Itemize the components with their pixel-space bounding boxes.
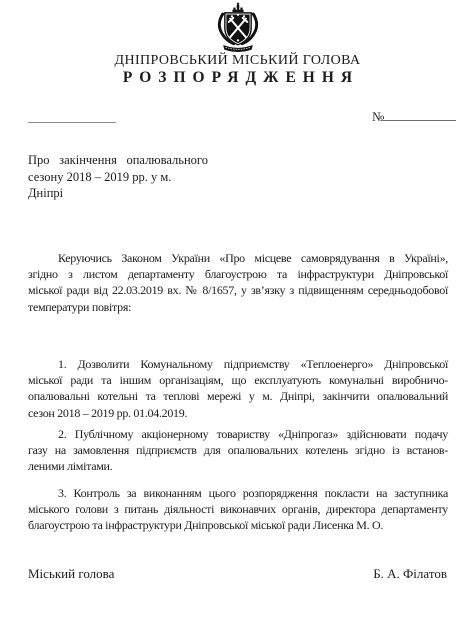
intro-paragraph: Керуючись Законом України «Про місцеве с… (28, 250, 448, 315)
number-field: № (372, 106, 456, 125)
issuer-title: ДНІПРОВСЬКИЙ МІСЬКИЙ ГОЛОВА (0, 53, 475, 69)
order-item-line: 1. Дозволити Комунальному підприємству «… (28, 356, 448, 372)
intro-line: згідно з листом департаменту благоустрою… (28, 266, 448, 282)
dnipro-coat-of-arms-icon (0, 2, 475, 57)
order-item-2: 2. Публічному акціонерному товариству «Д… (28, 426, 448, 475)
subject-block: Про закінчення опалювального сезону 2018… (28, 152, 208, 202)
doc-type-title: РОЗПОРЯДЖЕННЯ (0, 69, 475, 87)
number-label: № (372, 109, 384, 124)
order-item-line: сезон 2018 – 2019 рр. 01.04.2019. (28, 405, 448, 421)
document-page: ДНІПРОВСЬКИЙ МІСЬКИЙ ГОЛОВА РОЗПОРЯДЖЕНН… (0, 0, 475, 643)
order-item-line: леними лімітами. (28, 458, 448, 474)
signature-row: Міський голова Б. А. Філатов (28, 566, 447, 582)
order-item-3: 3. Контроль за виконанням цього розпоряд… (28, 485, 448, 534)
subject-line: Про закінчення опалювального (28, 152, 208, 169)
order-item-line: 3. Контроль за виконанням цього розпоряд… (28, 485, 448, 501)
signatory-name: Б. А. Філатов (373, 566, 447, 582)
order-item-line: міського голови з питань діяльності вико… (28, 501, 448, 517)
order-item-1: 1. Дозволити Комунальному підприємству «… (28, 356, 448, 421)
intro-line: Керуючись Законом України «Про місцеве с… (28, 250, 448, 266)
order-item-line: опалювальні котельні та теплові мережі у… (28, 388, 448, 404)
number-blank-line (384, 106, 456, 121)
subject-line: сезону 2018 – 2019 рр. у м. Дніпрі (28, 169, 208, 202)
date-blank-line (28, 108, 116, 123)
order-item-line: міської ради та іншим організаціям, що е… (28, 372, 448, 388)
signatory-position: Міський голова (28, 566, 114, 582)
order-item-line: благоустрою та інфраструктури Дніпровськ… (28, 517, 448, 533)
order-item-line: 2. Публічному акціонерному товариству «Д… (28, 426, 448, 442)
intro-line: міської ради від 22.03.2019 вх. № 8/1657… (28, 282, 448, 298)
intro-line: температури повітря: (28, 299, 448, 315)
order-item-line: газу на замовлення підприємств для опалю… (28, 442, 448, 458)
